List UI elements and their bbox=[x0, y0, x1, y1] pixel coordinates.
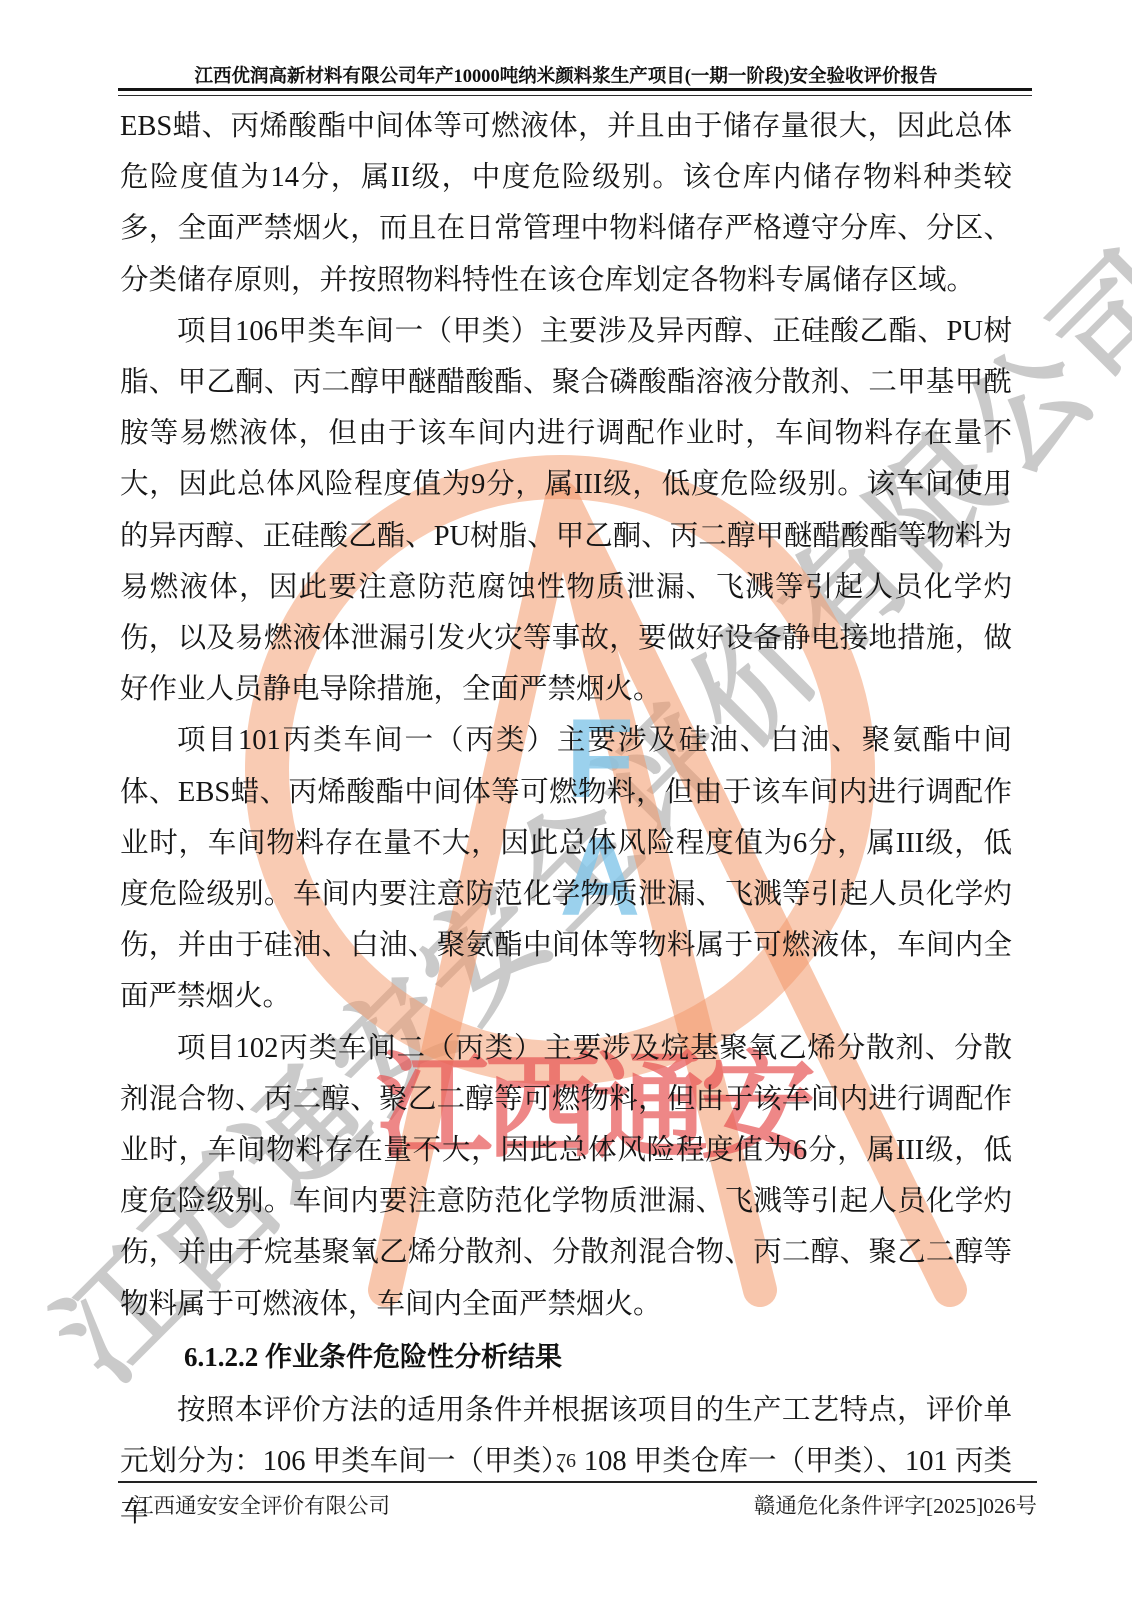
page-number: 76 bbox=[0, 1450, 1132, 1473]
header-rule-thick bbox=[118, 88, 1032, 91]
paragraph-project-102: 项目102丙类车间二（丙类）主要涉及烷基聚氧乙烯分散剂、分散剂混合物、丙二醇、聚… bbox=[120, 1023, 1012, 1330]
document-page: 江西通安安全评价有限公司 F A 江西通安 江西优润高新材料有限公司年产1000… bbox=[0, 0, 1132, 1600]
footer-company-name: 江西通安安全评价有限公司 bbox=[132, 1489, 390, 1520]
paragraph-project-101: 项目101丙类车间一（丙类）主要涉及硅油、白油、聚氨酯中间体、EBS蜡、丙烯酸酯… bbox=[120, 715, 1012, 1022]
footer-rule bbox=[118, 1481, 1037, 1483]
footer-doc-number: 赣通危化条件评字[2025]026号 bbox=[754, 1489, 1037, 1520]
footer: 江西通安安全评价有限公司 赣通危化条件评字[2025]026号 bbox=[132, 1489, 1037, 1520]
document-body: EBS蜡、丙烯酸酯中间体等可燃液体，并且由于储存量很大，因此总体危险度值为14分… bbox=[120, 101, 1012, 1538]
paragraph-project-106: 项目106甲类车间一（甲类）主要涉及异丙醇、正硅酸乙酯、PU树脂、甲乙酮、丙二醇… bbox=[120, 306, 1012, 716]
report-header-title: 江西优润高新材料有限公司年产10000吨纳米颜料浆生产项目(一期一阶段)安全验收… bbox=[120, 62, 1012, 88]
header-rule-thin bbox=[118, 95, 1032, 96]
section-heading-6-1-2-2: 6.1.2.2 作业条件危险性分析结果 bbox=[120, 1331, 1012, 1384]
paragraph-warehouse-108: EBS蜡、丙烯酸酯中间体等可燃液体，并且由于储存量很大，因此总体危险度值为14分… bbox=[120, 101, 1012, 306]
